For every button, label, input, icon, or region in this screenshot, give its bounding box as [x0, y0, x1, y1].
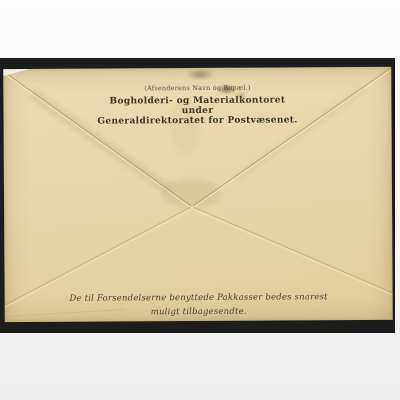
page-background: (Afsenderens Navn og Bopæl.) Bogholderi-…	[0, 0, 400, 400]
envelope-back: (Afsenderens Navn og Bopæl.) Bogholderi-…	[3, 67, 393, 322]
envelope-photo-mat: (Afsenderens Navn og Bopæl.) Bogholderi-…	[0, 58, 395, 333]
printed-sender-block: (Afsenderens Navn og Bopæl.) Bogholderi-…	[3, 83, 391, 127]
return-notice-block: De til Forsendelserne benyttede Pakkasse…	[5, 291, 393, 320]
return-notice-line-2: muligt tilbagesendte.	[5, 304, 393, 320]
sender-caption: (Afsenderens Navn og Bopæl.)	[3, 83, 391, 94]
